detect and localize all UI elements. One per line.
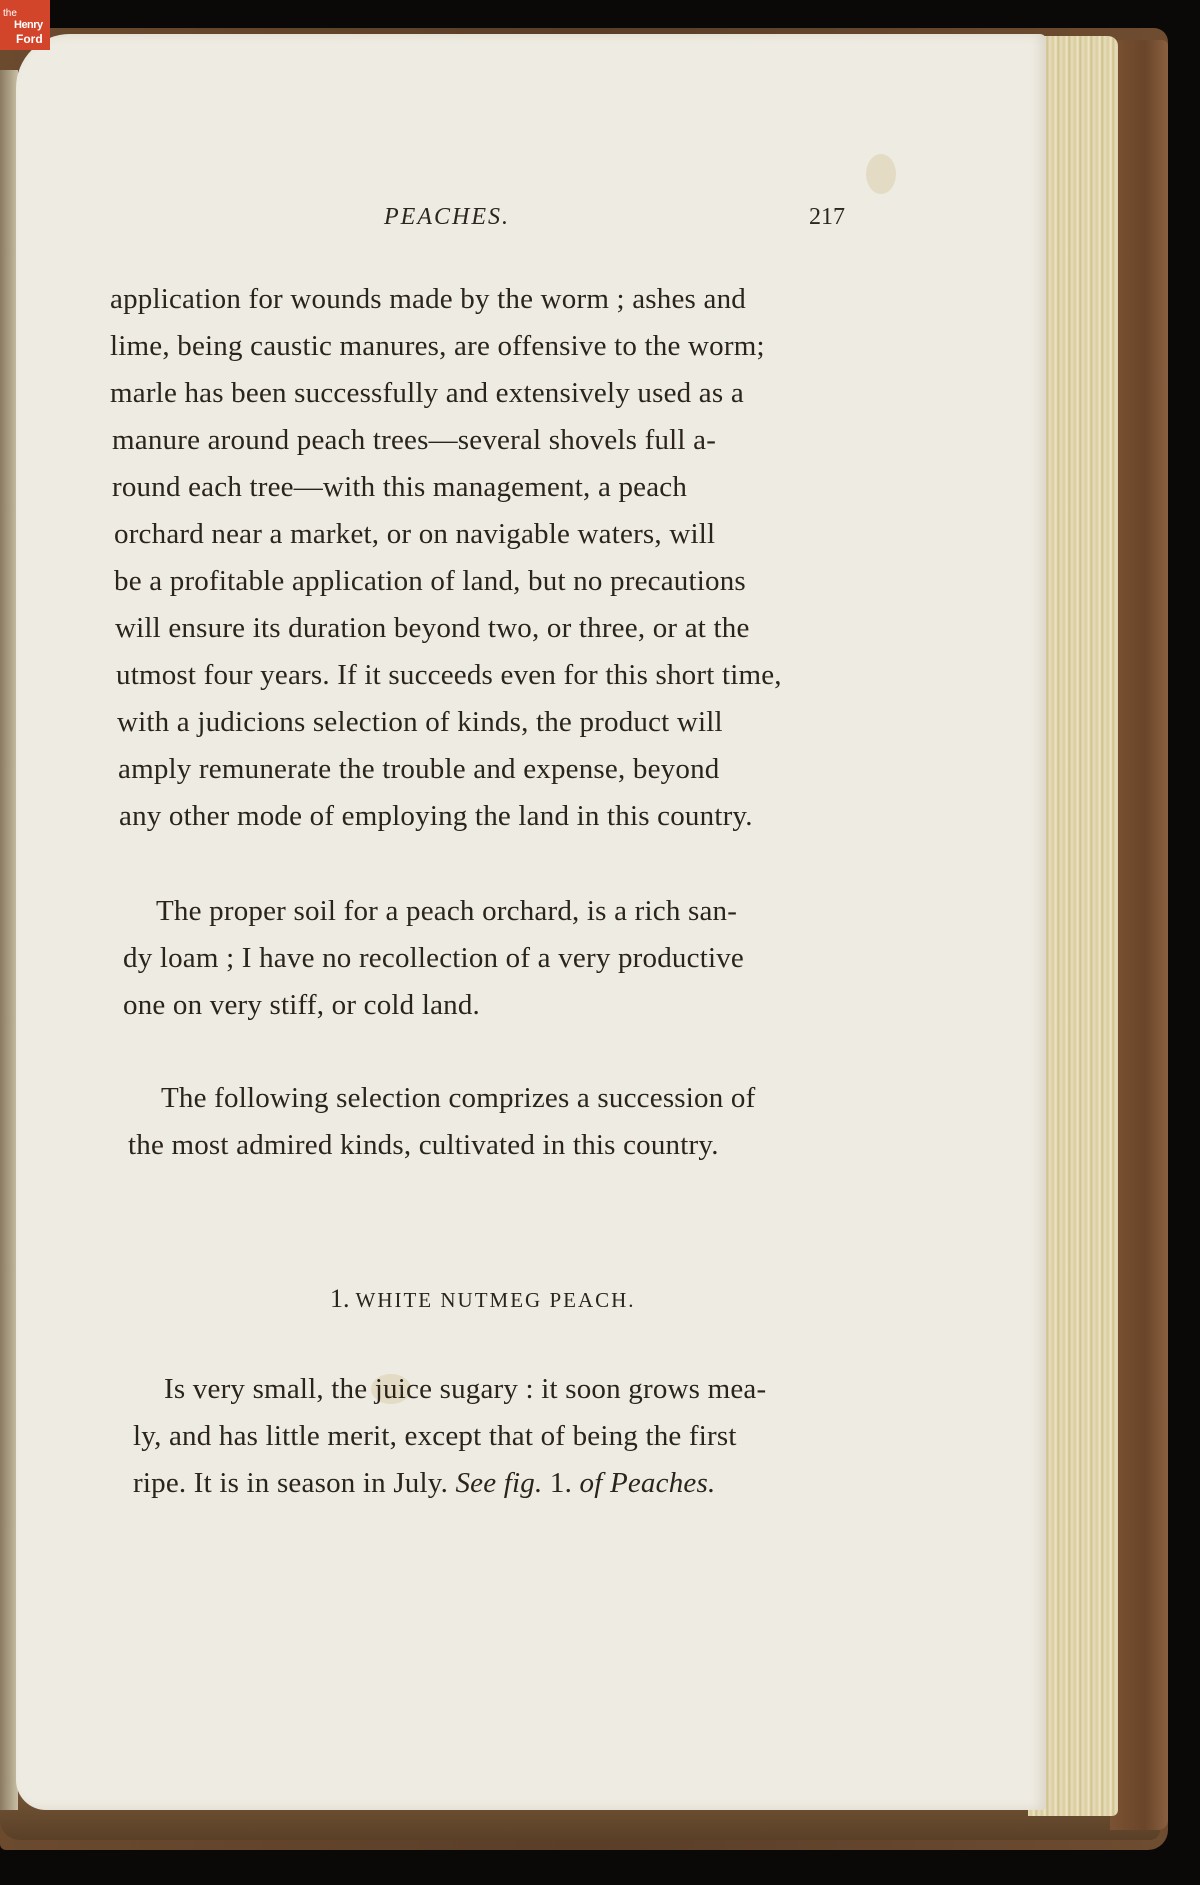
text-line: lime, being caustic manures, are offensi… [110,329,765,363]
text-line: amply remunerate the trouble and expense… [118,752,719,786]
text-line: utmost four years. If it succeeds even f… [116,658,782,692]
section-heading: 1.WHITE NUTMEG PEACH. [330,1284,636,1314]
section-title: WHITE NUTMEG PEACH. [356,1288,636,1312]
text-line: any other mode of employing the land in … [119,799,753,833]
reference-number: 1. [550,1467,572,1499]
text-line: will ensure its duration beyond two, or … [115,611,750,645]
page-number: 217 [809,204,845,231]
text-line: round each tree—with this management, a … [112,470,687,504]
text-line: marle has been successfully and extensiv… [110,376,744,410]
text-line: the most admired kinds, cultivated in th… [128,1128,719,1162]
running-head-title: PEACHES. [384,204,510,231]
text-line: with a judicions selection of kinds, the… [117,705,723,739]
running-head: PEACHES. 217 [16,204,1046,234]
text-line: one on very stiff, or cold land. [123,988,480,1022]
text-line: dy loam ; I have no recollection of a ve… [123,941,744,975]
section-number: 1. [330,1284,350,1313]
reference-fig: fig. [504,1467,543,1499]
text-line: The following selection comprizes a succ… [161,1081,755,1115]
book-page: PEACHES. 217 application for wounds made… [16,34,1046,1810]
text-line: The proper soil for a peach orchard, is … [156,894,737,928]
text-line: be a profitable application of land, but… [114,564,746,598]
henry-ford-logo: the Henry Ford [0,0,50,50]
logo-the: the [3,9,17,19]
reference-see: See [455,1467,496,1499]
paper-stain [866,154,896,194]
book-back-board [1110,40,1168,1830]
text-line: ripe. It is in season in July. See fig. … [133,1466,715,1500]
logo-henry: Henry [14,20,43,31]
text-line: Is very small, the juice sugary : it soo… [164,1372,766,1406]
logo-ford: Ford [16,33,43,45]
text-line: orchard near a market, or on navigable w… [114,517,715,551]
entry-line-text: ripe. It is in season in July. [133,1467,448,1499]
text-line: application for wounds made by the worm … [110,282,746,316]
reference-peaches: Peaches. [610,1467,715,1499]
text-line: manure around peach trees—several shovel… [112,423,716,457]
text-line: ly, and has little merit, except that of… [133,1419,737,1453]
reference-of: of [580,1467,603,1499]
